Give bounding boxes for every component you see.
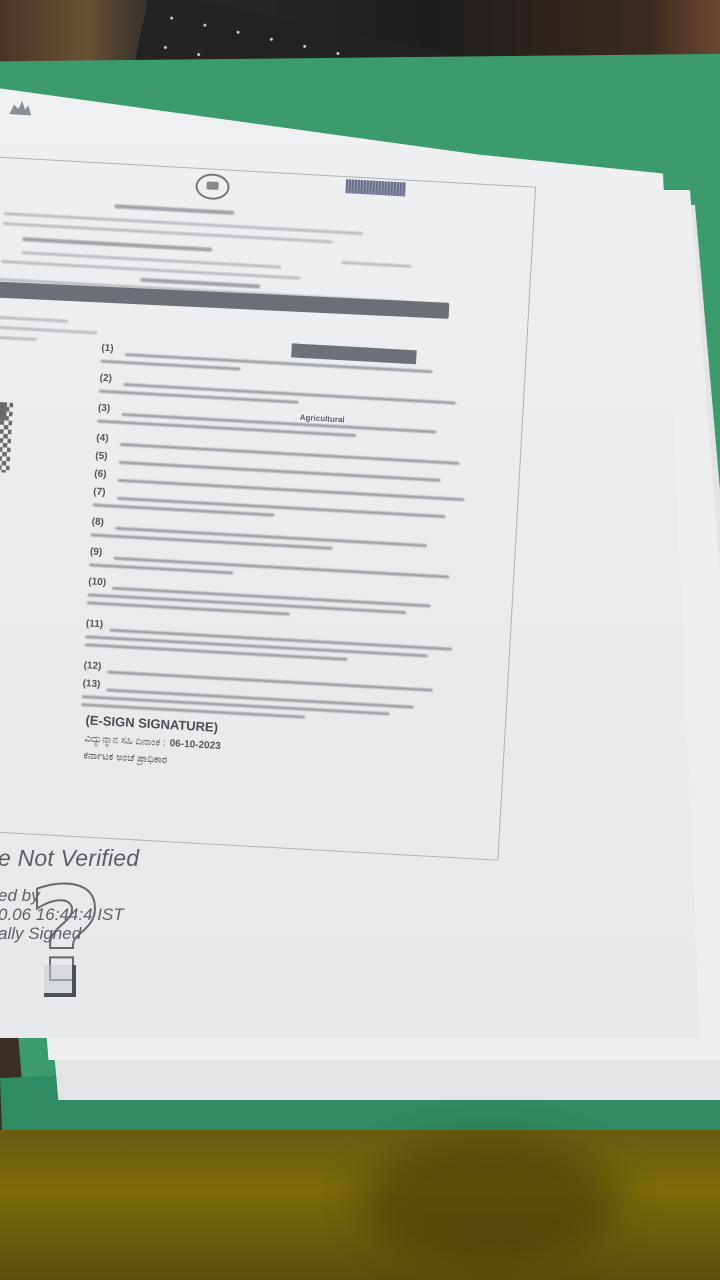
signature-date-label: ವಿದ್ಯುನ್ಮಾನ ಸಹಿ ದಿನಾಂಕ : (84, 733, 166, 749)
government-logo-icon (9, 100, 32, 115)
signature-date: 06-10-2023 (169, 738, 221, 752)
clause-number: (12) (83, 660, 101, 672)
clause-number: (9) (90, 546, 103, 558)
clause-number: (13) (82, 678, 100, 690)
clause-number: (4) (96, 433, 109, 445)
clause-number: (2) (99, 373, 112, 385)
clause-number: (6) (94, 469, 107, 481)
stamp-timestamp: 0.06 16:44:4 IST (0, 905, 139, 924)
clause-number: (8) (91, 516, 104, 528)
clause-number: (3) (98, 403, 111, 415)
signature-status-box (44, 965, 76, 997)
clause-number: (7) (93, 487, 106, 499)
signature-validity-stamp: e Not Verified ed by 0.06 16:44:4 IST al… (0, 845, 139, 943)
clause-number: (1) (101, 343, 114, 355)
document-content: (1)(2)(3)Agricultural(4)(5)(6)(7)(8)(9)(… (0, 100, 569, 892)
signature-block: (E-SIGN SIGNATURE) ವಿದ್ಯುನ್ಮಾನ ಸಹಿ ದಿನಾಂ… (83, 712, 222, 769)
clause-number: (10) (88, 576, 106, 588)
stamp-title: e Not Verified (0, 845, 139, 872)
clause-number: (11) (86, 618, 104, 630)
clause-number: (5) (95, 451, 108, 463)
stamp-signed-by: ed by (0, 886, 139, 905)
yellow-cloth (0, 1130, 720, 1280)
signature-date-row: ವಿದ್ಯುನ್ಮಾನ ಸಹಿ ದಿನಾಂಕ : 06-10-2023 (84, 733, 221, 752)
stamp-digitally-signed: ally Signed (0, 924, 139, 943)
